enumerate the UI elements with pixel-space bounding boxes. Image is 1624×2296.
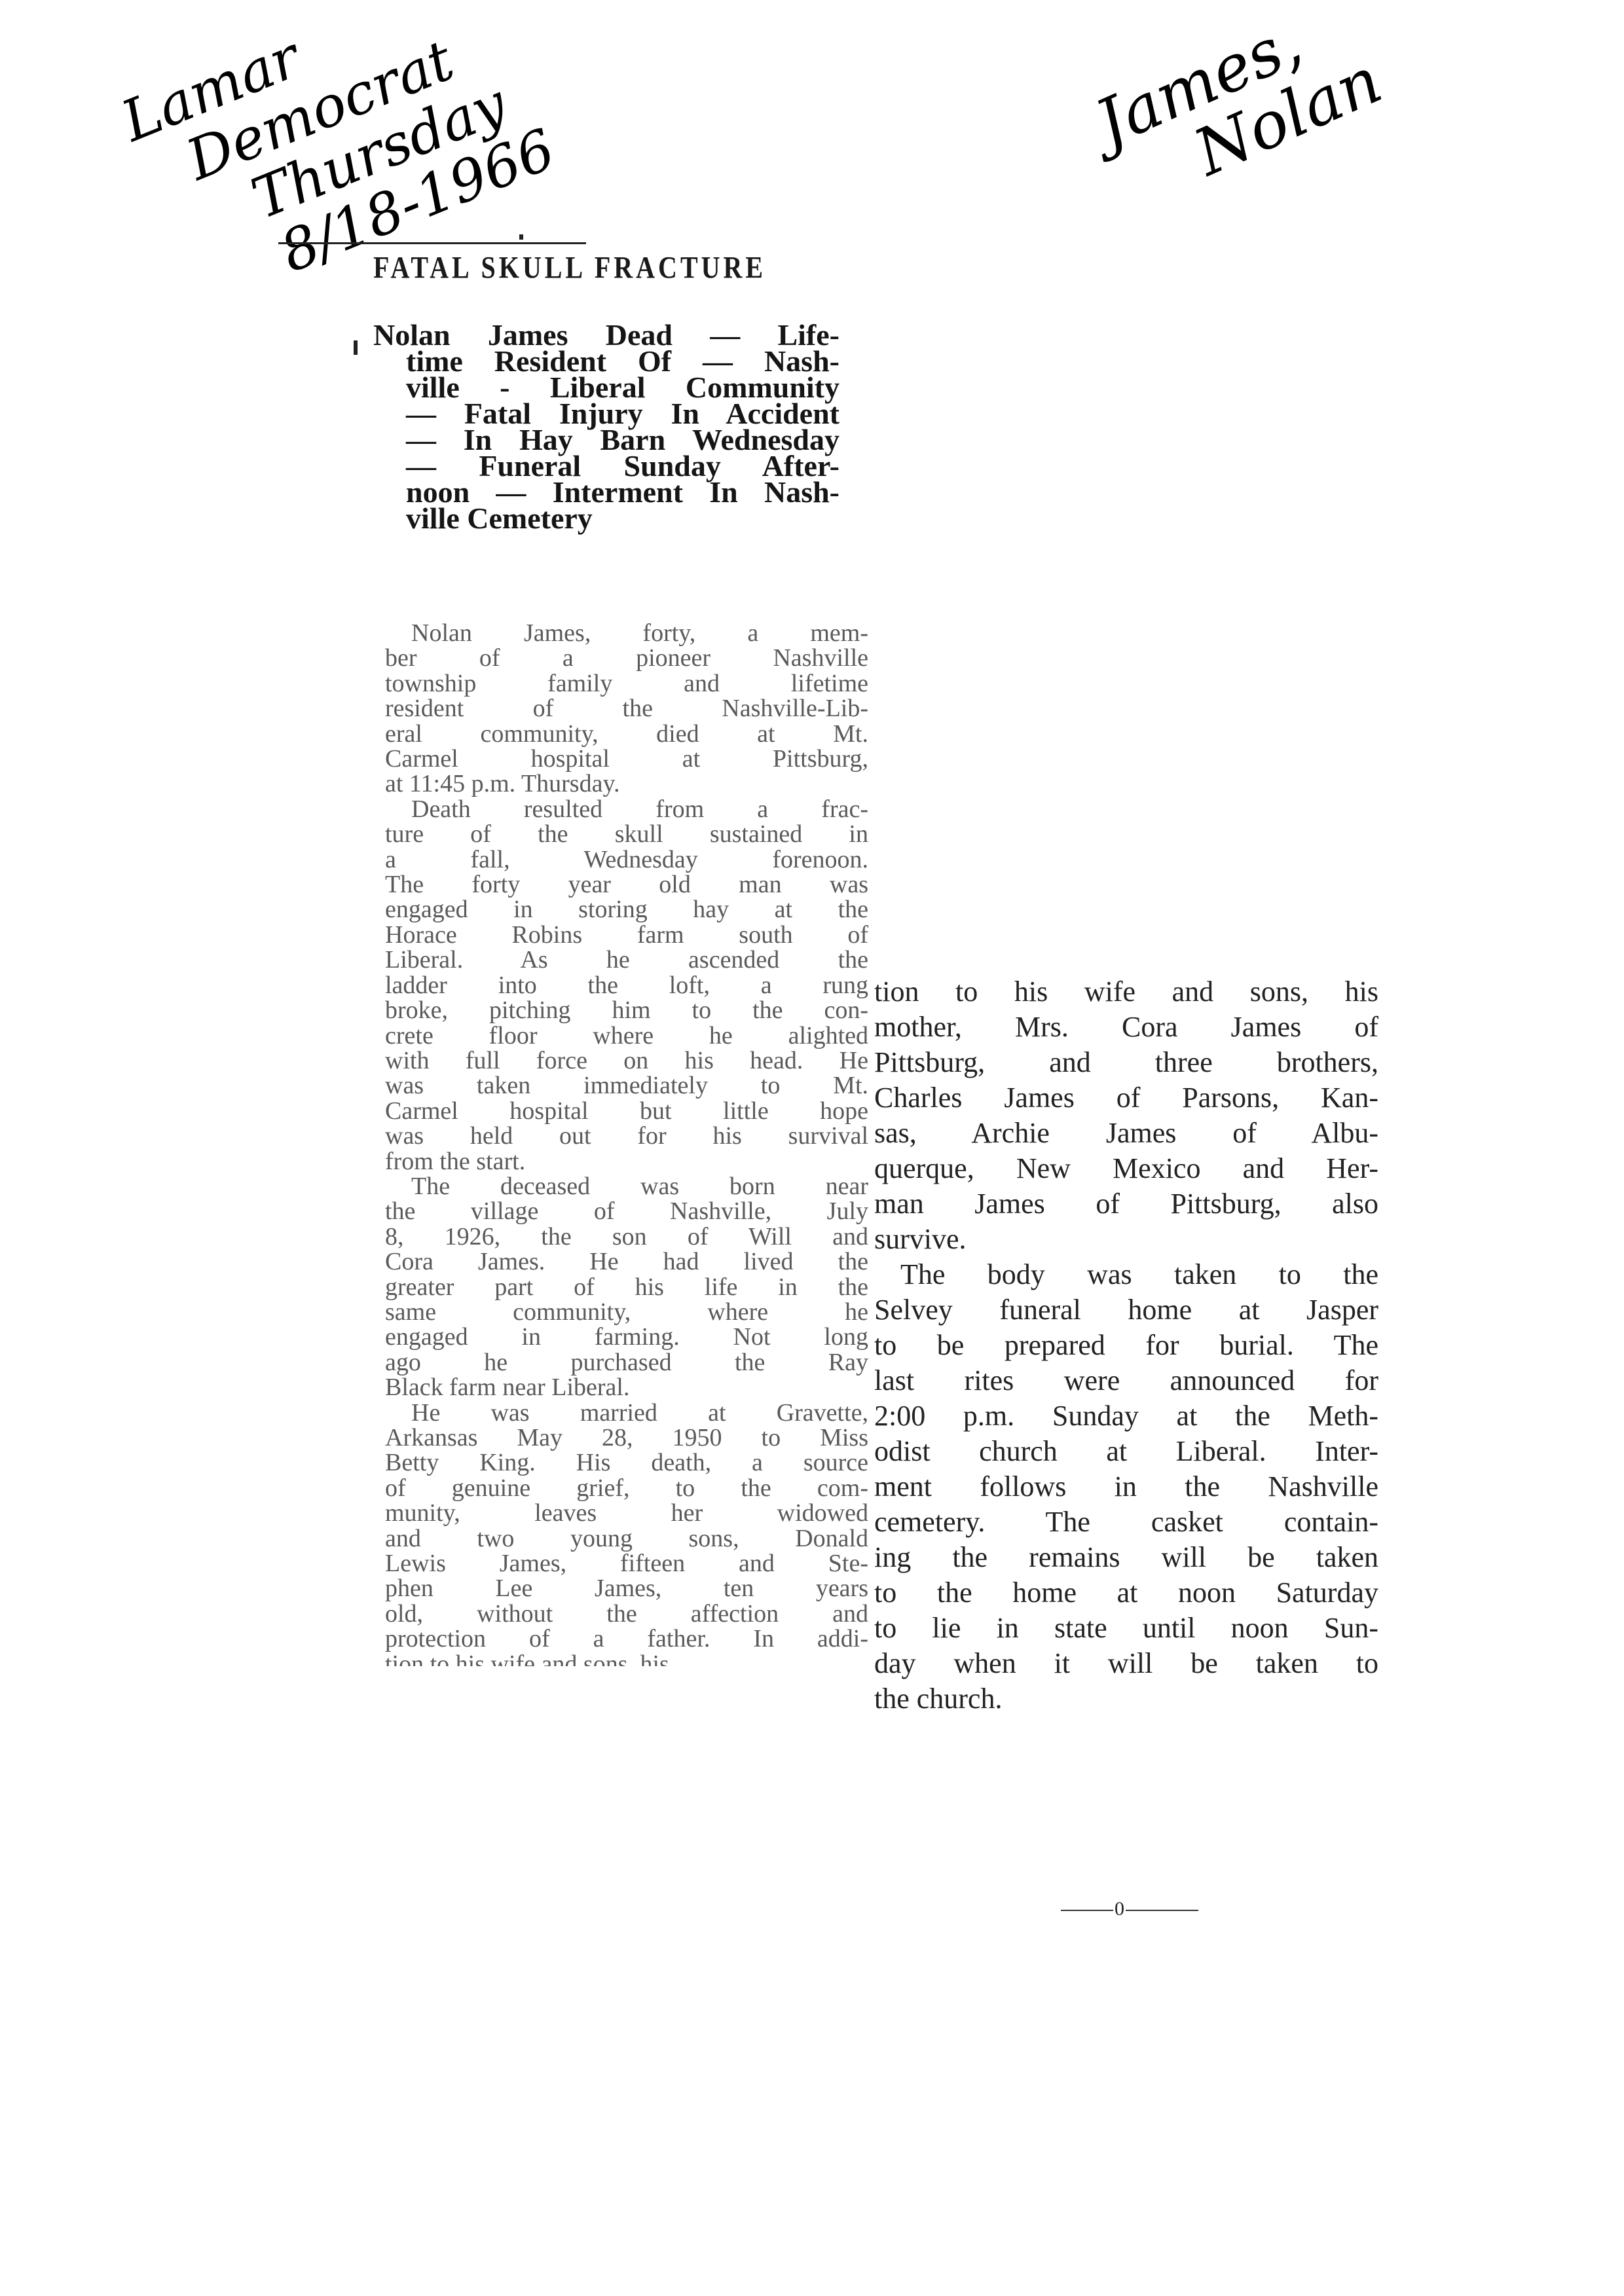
article-text-line: The body was taken to the bbox=[874, 1257, 1378, 1292]
article-text-line: ing the remains will be taken bbox=[874, 1540, 1378, 1575]
article-text-line: to the home at noon Saturday bbox=[874, 1575, 1378, 1611]
article-text-line: was taken immediately to Mt. bbox=[385, 1073, 868, 1098]
article-text-line: broke, pitching him to the con- bbox=[385, 998, 868, 1023]
article-text-line: protection of a father. In addi- bbox=[385, 1626, 868, 1651]
article-text-line: engaged in farming. Not long bbox=[385, 1324, 868, 1349]
article-text-line: and two young sons, Donald bbox=[385, 1526, 868, 1551]
article-text-line: querque, New Mexico and Her- bbox=[874, 1151, 1378, 1186]
article-text-line: last rites were announced for bbox=[874, 1363, 1378, 1398]
article-text-line: 8, 1926, the son of Will and bbox=[385, 1224, 868, 1249]
article-headline: FATAL SKULL FRACTURE bbox=[373, 249, 845, 285]
article-text-line: township family and lifetime bbox=[385, 671, 868, 696]
margin-mark bbox=[354, 340, 358, 355]
article-text-line: to be prepared for burial. The bbox=[874, 1328, 1378, 1363]
article-text-line: 2:00 p.m. Sunday at the Meth- bbox=[874, 1398, 1378, 1434]
article-text-line: Liberal. As he ascended the bbox=[385, 947, 868, 972]
article-text-line: the village of Nashville, July bbox=[385, 1199, 868, 1224]
article-text-line: of genuine grief, to the com- bbox=[385, 1476, 868, 1501]
article-text-line: Carmel hospital but little hope bbox=[385, 1099, 868, 1123]
article-text-line: Nolan James, forty, a mem- bbox=[385, 621, 868, 646]
article-text-line: Carmel hospital at Pittsburg, bbox=[385, 746, 868, 771]
end-of-article-mark: 0 bbox=[1113, 1899, 1126, 1919]
subhead-line: ville Cemetery bbox=[373, 505, 840, 532]
article-text-line: ago he purchased the Ray bbox=[385, 1350, 868, 1375]
article-text-line: old, without the affection and bbox=[385, 1601, 868, 1626]
article-left-column: Nolan James, forty, a mem-ber of a pione… bbox=[385, 621, 868, 1666]
article-text-line: same community, where he bbox=[385, 1300, 868, 1324]
article-text-line: sas, Archie James of Albu- bbox=[874, 1116, 1378, 1151]
article-text-line: greater part of his life in the bbox=[385, 1275, 868, 1300]
article-text-line: tion to his wife and sons, his bbox=[874, 974, 1378, 1010]
article-text-line: tion to his wife and sons, his bbox=[385, 1652, 868, 1666]
article-text-line: a fall, Wednesday forenoon. bbox=[385, 847, 868, 872]
article-text-line: the church. bbox=[874, 1681, 1378, 1717]
article-text-line: mother, Mrs. Cora James of bbox=[874, 1010, 1378, 1045]
article-text-line: Selvey funeral home at Jasper bbox=[874, 1292, 1378, 1328]
end-of-article-rule bbox=[1061, 1910, 1198, 1911]
article-text-line: He was married at Gravette, bbox=[385, 1400, 868, 1425]
article-text-line: resident of the Nashville-Lib- bbox=[385, 696, 868, 721]
article-text-line: odist church at Liberal. Inter- bbox=[874, 1434, 1378, 1469]
article-text-line: Horace Robins farm south of bbox=[385, 922, 868, 947]
article-right-column: tion to his wife and sons, hismother, Mr… bbox=[874, 974, 1378, 1717]
article-text-line: survive. bbox=[874, 1222, 1378, 1257]
article-text-line: ture of the skull sustained in bbox=[385, 822, 868, 847]
article-text-line: with full force on his head. He bbox=[385, 1048, 868, 1073]
article-text-line: Arkansas May 28, 1950 to Miss bbox=[385, 1425, 868, 1450]
article-text-line: engaged in storing hay at the bbox=[385, 897, 868, 922]
article-text-line: man James of Pittsburg, also bbox=[874, 1186, 1378, 1222]
article-text-line: at 11:45 p.m. Thursday. bbox=[385, 771, 868, 796]
article-text-line: day when it will be taken to bbox=[874, 1646, 1378, 1681]
article-text-line: Lewis James, fifteen and Ste- bbox=[385, 1551, 868, 1576]
article-text-line: The deceased was born near bbox=[385, 1174, 868, 1199]
article-text-line: Betty King. His death, a source bbox=[385, 1450, 868, 1475]
article-text-line: to lie in state until noon Sun- bbox=[874, 1611, 1378, 1646]
article-text-line: Charles James of Parsons, Kan- bbox=[874, 1080, 1378, 1116]
article-text-line: crete floor where he alighted bbox=[385, 1023, 868, 1048]
article-text-line: munity, leaves her widowed bbox=[385, 1501, 868, 1525]
handwritten-name-note: James, Nolan bbox=[1087, 0, 1392, 220]
top-divider-rule bbox=[278, 242, 586, 244]
article-text-line: The forty year old man was bbox=[385, 872, 868, 897]
article-text-line: phen Lee James, ten years bbox=[385, 1576, 868, 1601]
article-subhead: Nolan James Dead — Life- time Resident O… bbox=[373, 322, 840, 532]
article-text-line: ladder into the loft, a rung bbox=[385, 973, 868, 998]
article-text-line: Cora James. He had lived the bbox=[385, 1249, 868, 1274]
article-text-line: ber of a pioneer Nashville bbox=[385, 646, 868, 670]
article-text-line: eral community, died at Mt. bbox=[385, 721, 868, 746]
article-text-line: Pittsburg, and three brothers, bbox=[874, 1045, 1378, 1080]
article-text-line: Death resulted from a frac- bbox=[385, 797, 868, 822]
article-text-line: from the start. bbox=[385, 1149, 868, 1174]
article-text-line: ment follows in the Nashville bbox=[874, 1469, 1378, 1504]
article-text-line: Black farm near Liberal. bbox=[385, 1375, 868, 1400]
article-text-line: cemetery. The casket contain- bbox=[874, 1504, 1378, 1540]
article-text-line: was held out for his survival bbox=[385, 1123, 868, 1148]
divider-dot bbox=[519, 234, 523, 240]
